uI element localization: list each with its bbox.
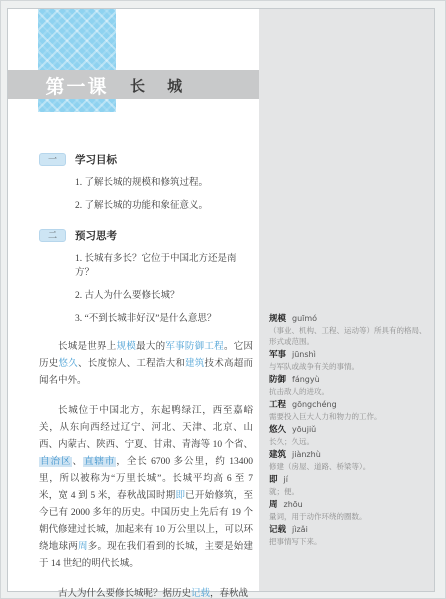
- list-item: 2. 古人为什么要修长城？: [75, 289, 253, 303]
- section-heading-preview: 预习思考: [75, 228, 117, 243]
- vocab-entry: 工程gōngchéng需要投入巨大人力和物力的工作。: [269, 398, 429, 422]
- vocab-word: 规模guīmó: [269, 312, 429, 325]
- vocab-pinyin: fángyù: [292, 375, 320, 384]
- section-marker-two: 二: [39, 229, 66, 242]
- vocab-word: 即jí: [269, 473, 429, 486]
- objectives-list: 1. 了解长城的规模和修筑过程。2. 了解长城的功能和象征意义。: [75, 176, 253, 213]
- text-run: 最大的: [136, 342, 165, 352]
- body-paragraph-2: 长城位于中国北方，东起鸭绿江，西至嘉峪关，从东向西经过辽宁、河北、天津、北京、山…: [39, 403, 253, 573]
- vocab-definition: 修建（房屋、道路、桥梁等）。: [269, 461, 429, 472]
- vocab-entry: 军事jūnshì与军队或战争有关的事情。: [269, 348, 429, 372]
- vocab-term: 规模: [117, 342, 137, 352]
- section-heading-objectives: 学习目标: [75, 152, 117, 167]
- vocab-term: 周: [78, 542, 88, 552]
- vocab-word: 建筑jiànzhù: [269, 448, 429, 461]
- vocab-term: 记载: [191, 589, 210, 599]
- vocab-entry: 记载jìzǎi把事情写下来。: [269, 523, 429, 547]
- list-item: 1. 长城有多长？它位于中国北方还是南方？: [75, 252, 253, 280]
- vocab-pinyin: zhōu: [284, 500, 303, 509]
- vocab-definition: 把事情写下来。: [269, 536, 429, 547]
- preview-questions-list: 1. 长城有多长？它位于中国北方还是南方？2. 古人为什么要修长城？3. “不到…: [75, 252, 253, 326]
- vocab-definition: 量词，用于动作环绕的圈数。: [269, 511, 429, 522]
- section-marker-one: 一: [39, 153, 66, 166]
- text-run: 、长度惊人、工程浩大和: [78, 359, 185, 369]
- vocab-entry: 规模guīmó（事业、机构、工程、运动等）所具有的格局、形式或范围。: [269, 312, 429, 347]
- vocab-word: 工程gōngchéng: [269, 398, 429, 411]
- vocab-pinyin: guīmó: [292, 314, 317, 323]
- vocab-term: 直辖市: [83, 457, 116, 467]
- vocab-term: 即: [175, 491, 185, 501]
- text-run: 长城是世界上: [58, 342, 117, 352]
- body-paragraph-3: 古人为什么要修长城呢？据历史记载，春秋战: [39, 586, 253, 599]
- vocab-word: 周zhōu: [269, 498, 429, 511]
- vocab-entry: 建筑jiànzhù修建（房屋、道路、桥梁等）。: [269, 448, 429, 472]
- list-item: 3. “不到长城非好汉”是什么意思？: [75, 312, 253, 326]
- section-objectives-header: 一 学习目标: [39, 152, 253, 167]
- vocab-word: 记载jìzǎi: [269, 523, 429, 536]
- vocab-term: 悠久: [58, 359, 77, 369]
- text-run: 古人为什么要修长城呢？据历史: [58, 589, 191, 599]
- lesson-number: 第一课: [38, 72, 116, 99]
- text-run: ，春秋战: [210, 589, 248, 599]
- page: 第一课 长 城 一 学习目标 1. 了解长城的规模和修筑过程。2. 了解长城的功…: [7, 8, 435, 592]
- vocab-pinyin: jí: [284, 475, 288, 484]
- vocab-definition: （事业、机构、工程、运动等）所具有的格局、形式或范围。: [269, 325, 429, 347]
- vocab-definition: 与军队或战争有关的事情。: [269, 361, 429, 372]
- vocab-word: 悠久yōujiǔ: [269, 423, 429, 436]
- lesson-title: 长 城: [130, 75, 191, 96]
- list-item: 1. 了解长城的规模和修筑过程。: [75, 176, 253, 190]
- vocab-pinyin: jūnshì: [292, 350, 316, 359]
- main-content: 一 学习目标 1. 了解长城的规模和修筑过程。2. 了解长城的功能和象征意义。 …: [39, 152, 253, 599]
- vocab-definition: 需要投入巨大人力和物力的工作。: [269, 411, 429, 422]
- body-paragraph-1: 长城是世界上规模最大的军事防御工程。它因历史悠久、长度惊人、工程浩大和建筑技术高…: [39, 339, 253, 390]
- vocab-word: 军事jūnshì: [269, 348, 429, 361]
- vocab-entry: 即jí就；便。: [269, 473, 429, 497]
- vocab-entry: 悠久yōujiǔ长久；久远。: [269, 423, 429, 447]
- vocab-pinyin: gōngchéng: [292, 400, 337, 409]
- text-run: 长城位于中国北方，东起鸭绿江，西至嘉峪关，从东向西经过辽宁、河北、天津、北京、山…: [39, 406, 253, 450]
- vocab-pinyin: jiànzhù: [292, 450, 321, 459]
- vocab-definition: 长久；久远。: [269, 436, 429, 447]
- vocab-pinyin: yōujiǔ: [292, 425, 316, 434]
- vocab-definition: 抗击敌人的进攻。: [269, 386, 429, 397]
- vocab-term: 军事防御工程: [165, 342, 224, 352]
- vocab-entry: 防御fángyù抗击敌人的进攻。: [269, 373, 429, 397]
- vocab-entry: 周zhōu量词，用于动作环绕的圈数。: [269, 498, 429, 522]
- vocab-term: 自治区: [39, 457, 72, 467]
- textbook-page-scan: { "colors": { "accent_blue": "#4aa0d5", …: [0, 0, 446, 599]
- text-run: 、: [72, 457, 82, 467]
- vocab-word: 防御fángyù: [269, 373, 429, 386]
- list-item: 2. 了解长城的功能和象征意义。: [75, 199, 253, 213]
- section-preview-header: 二 预习思考: [39, 228, 253, 243]
- vocab-term: 建筑: [185, 359, 204, 369]
- vocab-list: 规模guīmó（事业、机构、工程、运动等）所具有的格局、形式或范围。军事jūns…: [269, 312, 429, 548]
- vocab-pinyin: jìzǎi: [292, 525, 308, 534]
- vocab-definition: 就；便。: [269, 486, 429, 497]
